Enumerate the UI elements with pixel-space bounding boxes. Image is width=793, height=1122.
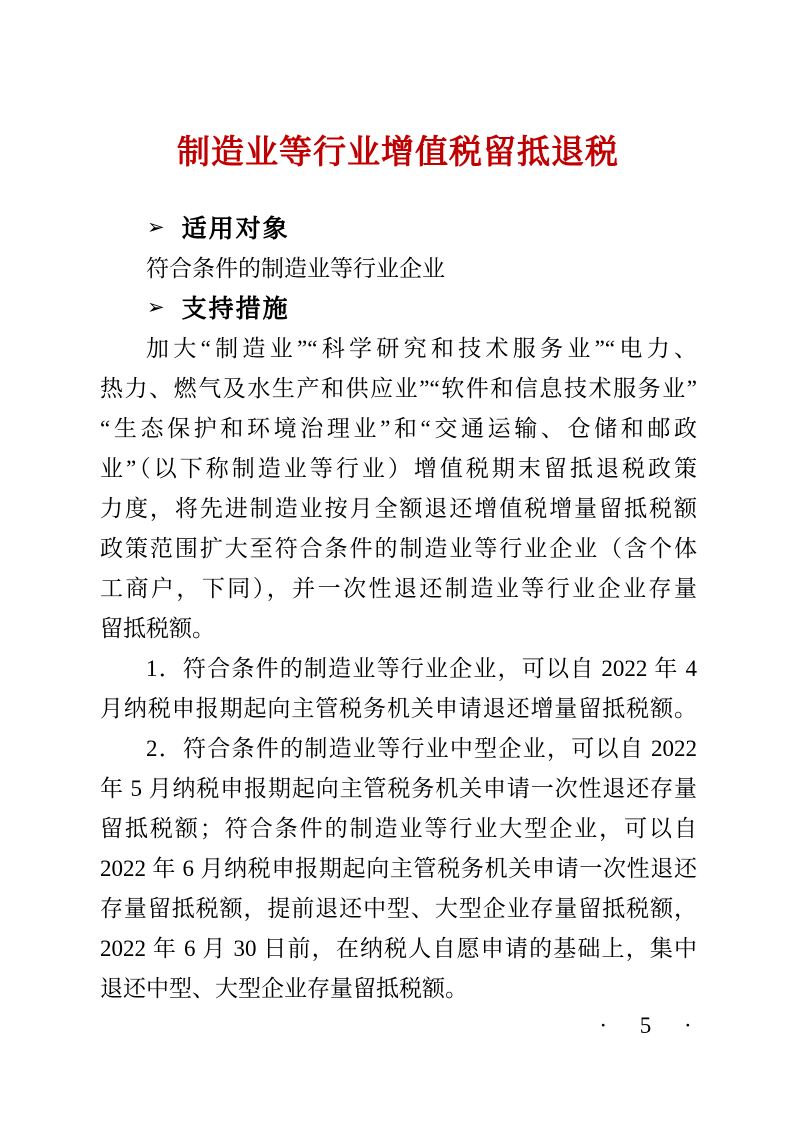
paragraph-line: 2022 年 6 月纳税申报期起向主管税务机关申请一次性退还 — [100, 849, 697, 889]
paragraph-line: 政策范围扩大至符合条件的制造业等行业企业（含个体 — [100, 529, 697, 569]
paragraph-line: 2022 年 6 月 30 日前，在纳税人自愿申请的基础上，集中 — [100, 929, 697, 969]
paragraph-line: 月纳税申报期起向主管税务机关申请退还增量留抵税额。 — [100, 689, 697, 729]
arrow-bullet-icon: ➢ — [147, 208, 165, 248]
page-number: · 5 · — [590, 1008, 710, 1044]
section-heading-label: 适用对象 — [182, 209, 290, 249]
paragraph-line: 2．符合条件的制造业等行业中型企业，可以自 2022 — [100, 729, 697, 769]
arrow-bullet-icon: ➢ — [147, 288, 165, 328]
paragraph-line: “生态保护和环境治理业”和“交通运输、仓储和邮政 — [100, 409, 697, 449]
document-title: 制造业等行业增值税留抵退税 — [98, 128, 698, 176]
paragraph-line: 力度，将先进制造业按月全额退还增值税增量留抵税额 — [100, 489, 697, 529]
paragraph-line: 留抵税额。 — [100, 609, 697, 649]
document-page: 制造业等行业增值税留抵退税 ➢ 适用对象 符合条件的制造业等行业企业 ➢ 支持措… — [0, 0, 793, 1122]
applicable-target-text: 符合条件的制造业等行业企业 — [100, 249, 697, 289]
section-heading-applicable-target: ➢ 适用对象 — [100, 209, 697, 249]
paragraph-line: 留抵税额；符合条件的制造业等行业大型企业，可以自 — [100, 809, 697, 849]
paragraph-line: 热力、燃气及水生产和供应业”“软件和信息技术服务业” — [100, 369, 697, 409]
document-body: ➢ 适用对象 符合条件的制造业等行业企业 ➢ 支持措施 加大“制造业”“科学研究… — [100, 209, 697, 1009]
section-heading-label: 支持措施 — [182, 289, 290, 329]
paragraph-line: 存量留抵税额，提前退还中型、大型企业存量留抵税额， — [100, 889, 697, 929]
paragraph-line: 1．符合条件的制造业等行业企业，可以自 2022 年 4 — [100, 649, 697, 689]
paragraph-line: 退还中型、大型企业存量留抵税额。 — [100, 969, 697, 1009]
paragraph-line: 工商户，下同），并一次性退还制造业等行业企业存量 — [100, 569, 697, 609]
paragraph-line: 加大“制造业”“科学研究和技术服务业”“电力、 — [100, 329, 697, 369]
paragraph-line: 年 5 月纳税申报期起向主管税务机关申请一次性退还存量 — [100, 769, 697, 809]
paragraph-line: 业”（以下称制造业等行业）增值税期末留抵退税政策 — [100, 449, 697, 489]
section-heading-support-measures: ➢ 支持措施 — [100, 289, 697, 329]
